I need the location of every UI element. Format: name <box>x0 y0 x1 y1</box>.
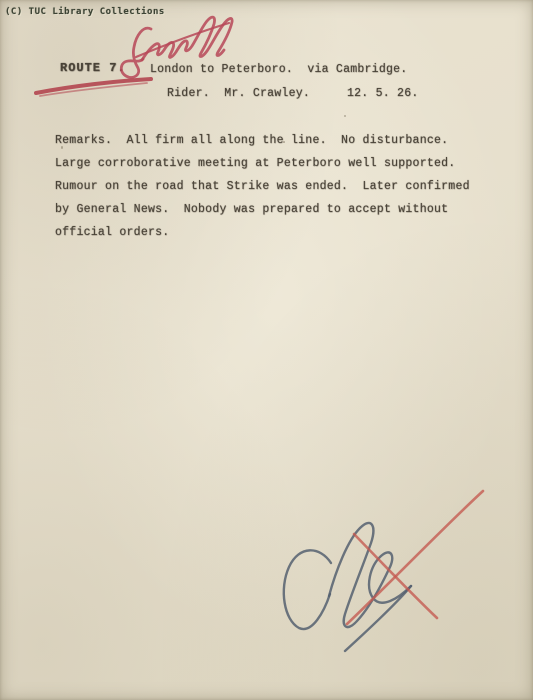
pencil-annotations-layer: Intell CW X <box>0 0 533 700</box>
handwritten-intell-annotation: Intell <box>121 17 232 77</box>
signature-initials: CW <box>284 523 411 651</box>
red-cross-mark: X <box>347 491 483 624</box>
document-page: (C) TUC Library Collections ROUTE 7. Lon… <box>0 0 533 700</box>
red-underline <box>36 79 151 96</box>
